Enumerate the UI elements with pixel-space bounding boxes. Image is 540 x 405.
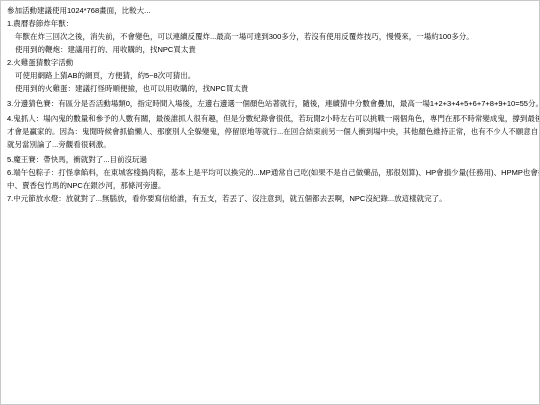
section-4-wrap-1: 才會是贏家的。因為：鬼閒時候會抓偷懶人、那麼別人全躲變鬼，停留原地等就行...在… bbox=[5, 125, 536, 138]
intro-line: 參加活動建議使用1024*768畫面，比較大... bbox=[5, 4, 536, 17]
section-4-title: 4.鬼抓人：場內鬼的數量和參予的人數有關，最後誰抓人很有趣，但是分數紀錄會很低，… bbox=[5, 112, 536, 125]
section-3-title: 3.分邊猜色賽：有區分是否活動場類0，指定時間入場後，左邊右邊選一個顏色站著就行… bbox=[5, 97, 536, 110]
document-page: 參加活動建議使用1024*768畫面，比較大... 1.農曆春節炸年獸： 年獸在… bbox=[0, 0, 540, 405]
section-2-detail-1: 可使用網路上猜AB的網頁，方便猜，約5~8次可猜出。 bbox=[5, 69, 536, 82]
section-1-detail-1: 年獸在炸三回次之後，消失前，不會變色，可以連續反覆炸...最高一場可達到300多… bbox=[5, 30, 536, 43]
section-2-detail-2: 使用到的火雞蛋：建議打怪時順便撿，也可以用收購的，找NPC買太貴 bbox=[5, 82, 536, 95]
section-7-title: 7.中元節放水燈：放就對了...無腦放，看你要寫信給誰，有五支，若丟了、沒注意到… bbox=[5, 192, 536, 205]
section-1-title: 1.農曆春節炸年獸： bbox=[5, 17, 536, 30]
section-5-title: 5.魔王賽：帶快馬，衝就對了...目前沒玩過 bbox=[5, 153, 536, 166]
section-4-wrap-2: 就另當別論了...旁觀看很刺激。 bbox=[5, 138, 536, 151]
section-2-title: 2.火雞蛋猜數字活動 bbox=[5, 56, 536, 69]
section-1-detail-2: 使用到的鞭炮：建議用打的、用收購的，找NPC買太貴 bbox=[5, 43, 536, 56]
section-6-wrap-1: 中、賣香包竹馬的NPC在銀沙河，那條河旁邊。 bbox=[5, 179, 536, 192]
section-6-title: 6.端午包粽子：打怪拿餡料，在東城客棧搗肉粽，基本上是平均可以換完的...MP通… bbox=[5, 166, 536, 179]
